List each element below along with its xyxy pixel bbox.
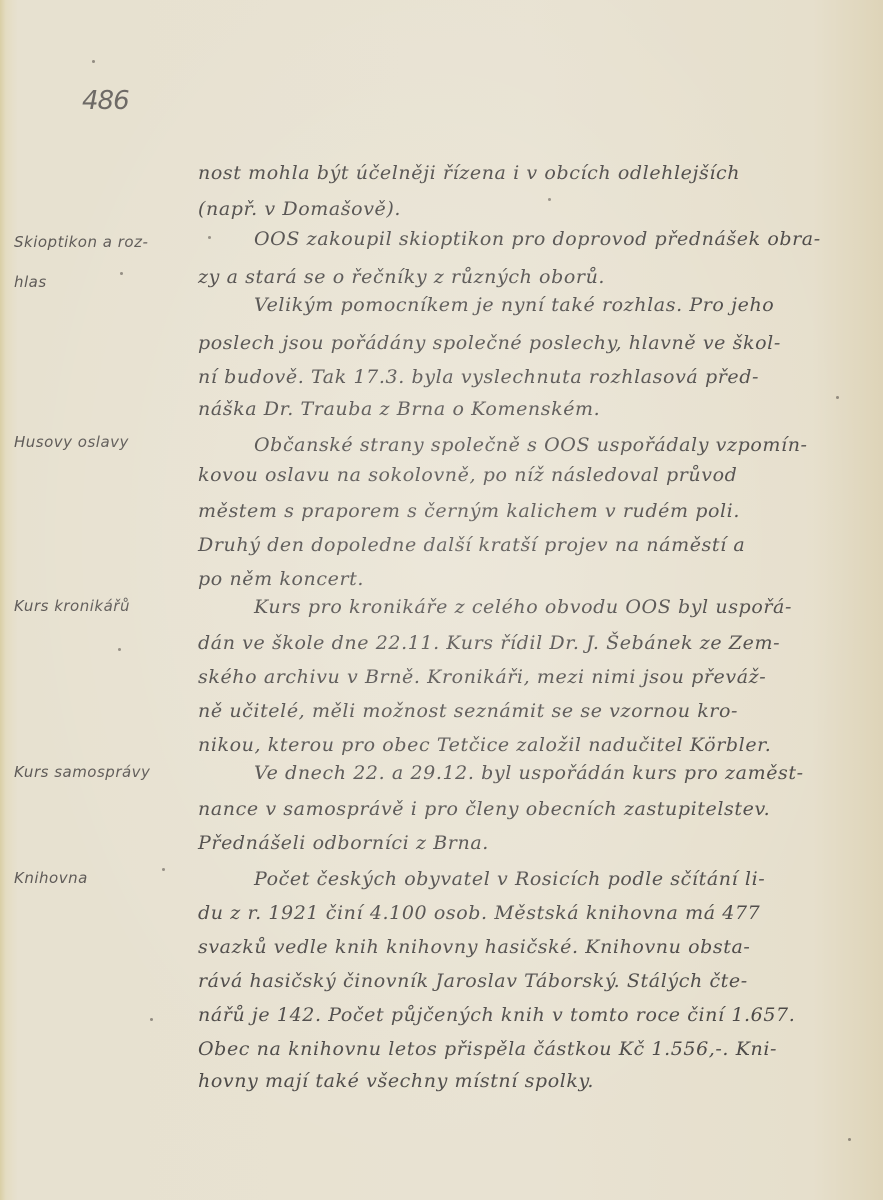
body-line: náška Dr. Trauba z Brna o Komenském. [198,392,848,426]
margin-note-line: Kurs kronikářů [14,586,184,626]
body-line: Kurs pro kronikáře z celého obvodu OOS b… [198,590,883,624]
body-line: nářů je 142. Počet půjčených knih v tomt… [198,998,848,1032]
margin-note-knihovna: Knihovna [14,858,184,898]
body-line: svazků vedle knih knihovny hasičské. Kni… [198,930,848,964]
body-line: rává hasičský činovník Jaroslav Táborský… [198,964,848,998]
body-line: du z r. 1921 činí 4.100 osob. Městská kn… [198,896,848,930]
paper-speck [548,198,551,201]
paper-speck [836,396,839,399]
paper-speck [848,1138,851,1141]
margin-note-skioptikon: Skioptikon a roz- hlas [14,222,184,302]
margin-note-line: Skioptikon a roz- [14,222,184,262]
paper-speck [150,1018,153,1021]
body-line: Ve dnech 22. a 29.12. byl uspořádán kurs… [198,756,883,790]
body-line: (např. v Domašově). [198,192,848,226]
body-line: Druhý den dopoledne další kratší projev … [198,528,848,562]
margin-note-husovy-oslavy: Husovy oslavy [14,422,184,462]
body-line: Počet českých obyvatel v Rosicích podle … [198,862,883,896]
body-line: Přednášeli odborníci z Brna. [198,826,848,860]
margin-note-line: Husovy oslavy [14,422,184,462]
margin-note-line: Kurs samosprávy [14,752,184,792]
body-line: kovou oslavu na sokolovně, po níž násled… [198,458,848,492]
margin-note-kurs-samospravy: Kurs samosprávy [14,752,184,792]
paper-speck [162,868,165,871]
body-line: Obec na knihovnu letos přispěla částkou … [198,1032,848,1066]
body-line: dán ve škole dne 22.11. Kurs řídil Dr. J… [198,626,848,660]
paper-speck [208,236,211,239]
body-line: ského archivu v Brně. Kronikáři, mezi ni… [198,660,848,694]
paper-speck [118,648,121,651]
paper-speck [92,60,95,63]
body-line: Občanské strany společně s OOS uspořádal… [198,428,883,462]
body-line: městem s praporem s černým kalichem v ru… [198,494,848,528]
margin-note-line: Knihovna [14,858,184,898]
body-line: OOS zakoupil skioptikon pro doprovod pře… [198,222,883,256]
page-number: 486 [82,86,129,116]
body-line: nost mohla být účelněji řízena i v obcíc… [198,156,848,190]
body-line: poslech jsou pořádány společné poslechy,… [198,326,848,360]
body-line: ní budově. Tak 17.3. byla vyslechnuta ro… [198,360,848,394]
body-line: Velikým pomocníkem je nyní také rozhlas.… [198,288,883,322]
chronicle-page: 486 Skioptikon a roz- hlas Husovy oslavy… [0,0,883,1200]
paper-speck [120,272,123,275]
body-line: hovny mají také všechny místní spolky. [198,1064,848,1098]
body-line: ně učitelé, měli možnost seznámit se se … [198,694,848,728]
margin-note-kurs-kronikaru: Kurs kronikářů [14,586,184,626]
margin-note-line: hlas [14,262,184,302]
body-line: nance v samosprávě i pro členy obecních … [198,792,848,826]
